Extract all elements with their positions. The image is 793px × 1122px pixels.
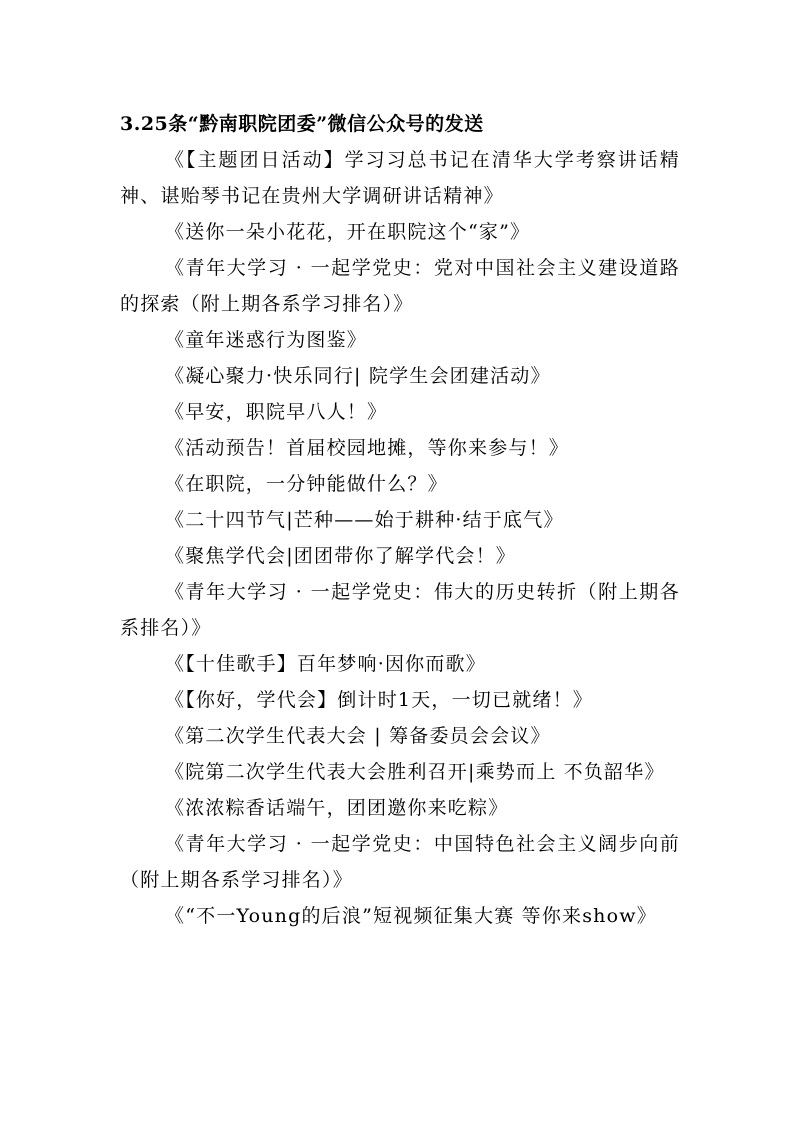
section-heading: 3.25条“黔南职院团委”微信公众号的发送 bbox=[120, 106, 680, 142]
article-title: 《送你一朵小花花，开在职院这个“家”》 bbox=[120, 214, 680, 250]
article-title: 《“不一Young的后浪”短视频征集大赛 等你来show》 bbox=[120, 898, 680, 934]
article-title: 《青年大学习 · 一起学党史：中国特色社会主义阔步向前（附上期各系学习排名）》 bbox=[120, 826, 680, 898]
article-title: 《【你好，学代会】倒计时1天，一切已就绪！》 bbox=[120, 682, 680, 718]
article-title: 《聚焦学代会|团团带你了解学代会！》 bbox=[120, 538, 680, 574]
article-title: 《第二次学生代表大会 | 筹备委员会会议》 bbox=[120, 718, 680, 754]
article-title: 《浓浓粽香话端午，团团邀你来吃粽》 bbox=[120, 790, 680, 826]
article-title: 《二十四节气|芒种——始于耕种·结于底气》 bbox=[120, 502, 680, 538]
document-body: 3.25条“黔南职院团委”微信公众号的发送 《【主题团日活动】学习习总书记在清华… bbox=[120, 106, 680, 934]
article-title: 《早安，职院早八人！》 bbox=[120, 394, 680, 430]
article-title: 《青年大学习 · 一起学党史：伟大的历史转折（附上期各系排名）》 bbox=[120, 574, 680, 646]
article-title: 《在职院，一分钟能做什么？》 bbox=[120, 466, 680, 502]
document-page: 3.25条“黔南职院团委”微信公众号的发送 《【主题团日活动】学习习总书记在清华… bbox=[0, 0, 793, 1122]
article-title: 《青年大学习 · 一起学党史：党对中国社会主义建设道路的探索（附上期各系学习排名… bbox=[120, 250, 680, 322]
article-title: 《【十佳歌手】百年梦响·因你而歌》 bbox=[120, 646, 680, 682]
article-title: 《活动预告！首届校园地摊，等你来参与！》 bbox=[120, 430, 680, 466]
article-title: 《童年迷惑行为图鉴》 bbox=[120, 322, 680, 358]
article-title: 《院第二次学生代表大会胜利召开|乘势而上 不负韶华》 bbox=[120, 754, 680, 790]
article-title: 《凝心聚力·快乐同行| 院学生会团建活动》 bbox=[120, 358, 680, 394]
article-title: 《【主题团日活动】学习习总书记在清华大学考察讲话精神、谌贻琴书记在贵州大学调研讲… bbox=[120, 142, 680, 214]
